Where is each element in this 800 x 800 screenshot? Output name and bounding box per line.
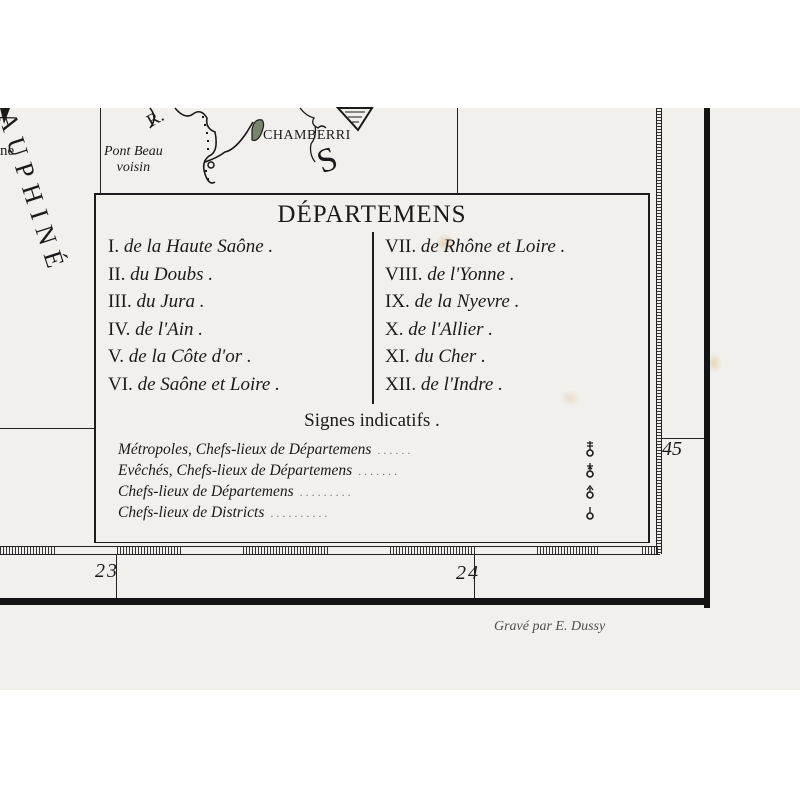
department-number: II.	[108, 264, 130, 285]
leader-dots: .......	[352, 464, 400, 478]
department-number: VII.	[385, 236, 421, 257]
chef-lieu-departement-icon	[584, 482, 596, 500]
outer-frame-bottom	[0, 598, 710, 605]
latitude-mark-45: 45	[662, 438, 682, 461]
department-name: de la Nyevre .	[415, 291, 520, 312]
eveche-icon	[584, 461, 596, 479]
department-name: de l'Allier .	[408, 319, 493, 340]
department-name: de l'Indre .	[421, 374, 503, 395]
place-label-pont-beauvoisin: Pont Beau voisin	[104, 144, 163, 176]
department-entry: VIII. de l'Yonne .	[385, 264, 514, 286]
department-entry: XII. de l'Indre .	[385, 374, 503, 396]
department-name: de Saône et Loire .	[138, 374, 280, 395]
graduated-border-bottom	[0, 546, 660, 555]
department-entry: VI. de Saône et Loire .	[108, 374, 280, 396]
legend-title: DÉPARTEMENS	[94, 201, 650, 229]
graduated-border-right	[656, 108, 662, 554]
department-name: de l'Ain .	[135, 319, 203, 340]
department-number: X.	[385, 319, 408, 340]
department-name: de la Haute Saône .	[124, 236, 273, 257]
department-entry: V. de la Côte d'or .	[108, 346, 252, 368]
longitude-mark-24: 24	[456, 562, 480, 585]
department-name: de la Côte d'or .	[129, 346, 252, 367]
engraver-credit: Gravé par E. Dussy	[494, 619, 605, 635]
department-entry: IV. de l'Ain .	[108, 319, 203, 341]
department-entry: II. du Doubs .	[108, 264, 213, 286]
department-number: IV.	[108, 319, 135, 340]
department-number: XII.	[385, 374, 421, 395]
department-name: du Cher .	[415, 346, 486, 367]
metropole-icon	[584, 440, 596, 458]
department-name: du Jura .	[136, 291, 204, 312]
department-entry: IX. de la Nyevre .	[385, 291, 519, 313]
department-entry: I. de la Haute Saône .	[108, 236, 273, 258]
legend-column-divider	[372, 232, 374, 404]
department-name: de l'Yonne .	[427, 264, 514, 285]
department-number: XI.	[385, 346, 415, 367]
department-number: I.	[108, 236, 124, 257]
signe-label: Evêchés, Chefs-lieux de Départemens	[118, 462, 352, 479]
leader-dots: .........	[294, 485, 354, 499]
signe-entry: Chefs-lieux de Districts ..........	[118, 504, 598, 522]
department-entry: XI. du Cher .	[385, 346, 486, 368]
longitude-mark-23: 23	[95, 560, 119, 583]
outer-frame-right	[704, 108, 710, 608]
signe-label: Métropoles, Chefs-lieux de Départemens	[118, 441, 371, 458]
department-number: VIII.	[385, 264, 427, 285]
leader-dots: ..........	[264, 506, 330, 520]
department-number: V.	[108, 346, 129, 367]
department-number: IX.	[385, 291, 415, 312]
signe-label: Chefs-lieux de Départemens	[118, 483, 294, 500]
signe-entry: Chefs-lieux de Départemens .........	[118, 483, 598, 501]
place-label-line: Pont Beau	[104, 144, 163, 160]
department-name: de Rhône et Loire .	[421, 236, 565, 257]
department-number: VI.	[108, 374, 138, 395]
signe-entry: Métropoles, Chefs-lieux de Départemens .…	[118, 441, 598, 459]
department-name: du Doubs .	[130, 264, 213, 285]
department-entry: VII. de Rhône et Loire .	[385, 236, 565, 258]
signe-entry: Evêchés, Chefs-lieux de Départemens ....…	[118, 462, 598, 480]
signe-label: Chefs-lieux de Districts	[118, 504, 264, 521]
place-label-line: voisin	[104, 160, 163, 176]
signes-title: Signes indicatifs .	[94, 410, 650, 432]
department-entry: X. de l'Allier .	[385, 319, 493, 341]
leader-dots: ......	[371, 443, 413, 457]
place-label-chamberri: CHAMBERRI	[263, 128, 351, 144]
department-entry: III. du Jura .	[108, 291, 205, 313]
chef-lieu-district-icon	[584, 503, 596, 521]
department-number: III.	[108, 291, 136, 312]
